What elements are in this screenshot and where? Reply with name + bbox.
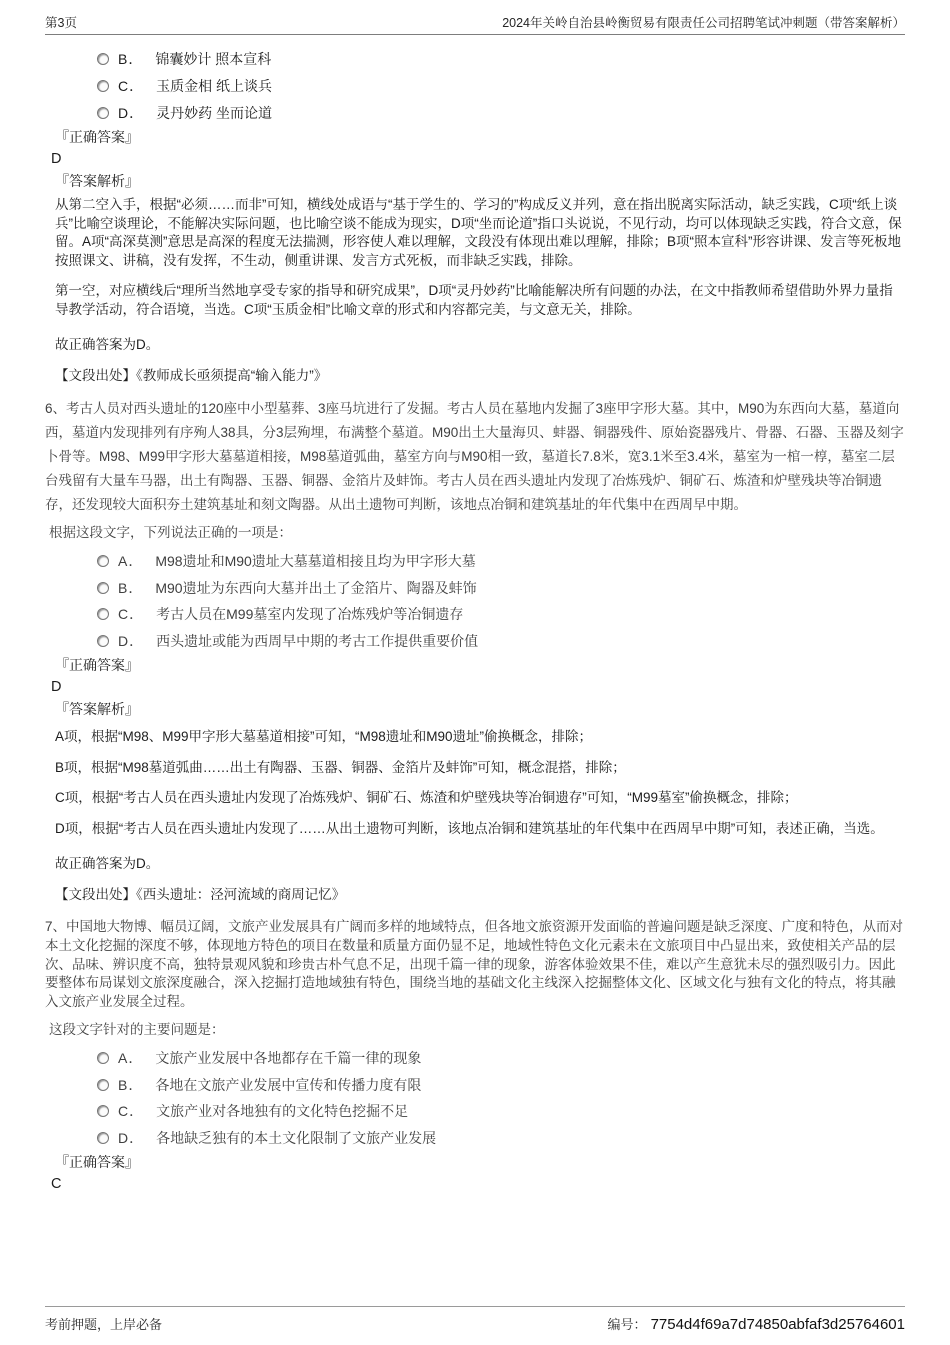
radio-button-icon[interactable] [97, 80, 109, 92]
correct-answer-heading: 『正确答案』 [55, 654, 905, 676]
radio-button-icon[interactable] [97, 53, 109, 65]
answer-value: C [51, 1173, 905, 1195]
radio-button-icon[interactable] [97, 555, 109, 567]
option-label: 各地缺乏独有的本土文化限制了文旅产业发展 [156, 1128, 436, 1148]
question-stem: 7、中国地大物博、幅员辽阔，文旅产业发展具有广阔而多样的地域特点，但各地文旅资源… [45, 918, 905, 1012]
question-6: 6、考古人员对西头遗址的120座中小型墓葬、3座马坑进行了发掘。考古人员在墓地内… [45, 397, 905, 904]
analysis-paragraph: 从第二空入手，根据“必须……而非”可知，横线处成语与“基于学生的、学习的”构成反… [55, 196, 905, 270]
option-letter: B． [118, 1075, 143, 1095]
option-row: B． 锦囊妙计 照本宣科 [97, 45, 905, 72]
option-letter: D． [118, 631, 144, 651]
option-row: D． 各地缺乏独有的本土文化限制了文旅产业发展 [97, 1124, 905, 1151]
option-label: 各地在文旅产业发展中宣传和传播力度有限 [155, 1075, 421, 1095]
radio-button-icon[interactable] [97, 1132, 109, 1144]
analysis-paragraph: D项，根据“考古人员在西头遗址内发现了……从出土遗物可判断，该地点冶铜和建筑基址… [55, 820, 905, 839]
option-row: C． 文旅产业对各地独有的文化特色挖掘不足 [97, 1098, 905, 1125]
radio-button-icon[interactable] [97, 1052, 109, 1064]
correct-answer-heading: 『正确答案』 [55, 1151, 905, 1173]
option-label: 文旅产业发展中各地都存在千篇一律的现象 [155, 1048, 421, 1068]
option-label: 西头遗址或能为西周早中期的考古工作提供重要价值 [156, 631, 478, 651]
option-letter: C． [118, 1101, 144, 1121]
option-row: D． 灵丹妙药 坐而论道 [97, 99, 905, 126]
answer-value: D [51, 676, 905, 698]
option-label: 灵丹妙药 坐而论道 [156, 103, 272, 123]
document-page: 第3页 2024年关岭自治县岭衡贸易有限责任公司招聘笔试冲刺题（带答案解析） B… [0, 0, 950, 1195]
source-note: 【文段出处】《教师成长亟须提高“输入能力”》 [55, 366, 905, 385]
option-letter: A． [118, 1048, 143, 1068]
page-number: 第3页 [45, 13, 77, 31]
radio-button-icon[interactable] [97, 608, 109, 620]
conclusion-text: 故正确答案为D。 [55, 854, 905, 873]
option-letter: C． [118, 76, 144, 96]
question5-options: B． 锦囊妙计 照本宣科 C． 玉质金相 纸上谈兵 D． 灵丹妙药 坐而论道 [97, 45, 905, 126]
answer-value: D [51, 148, 905, 170]
option-letter: A． [118, 551, 143, 571]
option-letter: D． [118, 103, 144, 123]
option-row: A． M98遗址和M90遗址大墓墓道相接且均为甲字形大墓 [97, 548, 905, 575]
analysis-heading: 『答案解析』 [55, 698, 905, 720]
footer-slogan: 考前押题，上岸必备 [45, 1314, 162, 1333]
option-label: 锦囊妙计 照本宣科 [155, 49, 271, 69]
radio-button-icon[interactable] [97, 635, 109, 647]
option-label: 考古人员在M99墓室内发现了冶炼残炉等冶铜遗存 [156, 604, 463, 624]
option-letter: B． [118, 49, 143, 69]
analysis-paragraph: B项，根据“M98墓道弧曲……出土有陶器、玉器、铜器、金箔片及蚌饰”可知，概念混… [55, 759, 905, 778]
source-note: 【文段出处】《西头遗址：泾河流域的商周记忆》 [55, 885, 905, 904]
footer-number: 编号： 7754d4f69a7d74850abfaf3d25764601 [608, 1314, 905, 1333]
page-footer: 考前押题，上岸必备 编号： 7754d4f69a7d74850abfaf3d25… [45, 1306, 905, 1333]
analysis-paragraph: C项，根据“考古人员在西头遗址内发现了冶炼残炉、铜矿石、炼渣和炉壁残块等冶铜遗存… [55, 789, 905, 808]
option-label: 文旅产业对各地独有的文化特色挖掘不足 [156, 1101, 408, 1121]
question7-options: A． 文旅产业发展中各地都存在千篇一律的现象 B． 各地在文旅产业发展中宣传和传… [97, 1045, 905, 1151]
option-row: B． M90遗址为东西向大墓并出土了金箔片、陶器及蚌饰 [97, 575, 905, 602]
question-prompt: 这段文字针对的主要问题是： [49, 1020, 905, 1039]
question-prompt: 根据这段文字，下列说法正确的一项是： [49, 523, 905, 542]
question6-options: A． M98遗址和M90遗址大墓墓道相接且均为甲字形大墓 B． M90遗址为东西… [97, 548, 905, 654]
analysis-paragraph: A项，根据“M98、M99甲字形大墓墓道相接”可知，“M98遗址和M90遗址”偷… [55, 728, 905, 747]
option-row: C． 考古人员在M99墓室内发现了冶炼残炉等冶铜遗存 [97, 601, 905, 628]
radio-button-icon[interactable] [97, 582, 109, 594]
option-row: C． 玉质金相 纸上谈兵 [97, 72, 905, 99]
question-7: 7、中国地大物博、幅员辽阔，文旅产业发展具有广阔而多样的地域特点，但各地文旅资源… [45, 918, 905, 1195]
doc-title: 2024年关岭自治县岭衡贸易有限责任公司招聘笔试冲刺题（带答案解析） [502, 13, 905, 31]
option-label: M98遗址和M90遗址大墓墓道相接且均为甲字形大墓 [155, 551, 475, 571]
radio-button-icon[interactable] [97, 1105, 109, 1117]
correct-answer-heading: 『正确答案』 [55, 126, 905, 148]
option-label: M90遗址为东西向大墓并出土了金箔片、陶器及蚌饰 [155, 578, 476, 598]
footer-number-label: 编号： [608, 1314, 647, 1333]
conclusion-text: 故正确答案为D。 [55, 335, 905, 354]
radio-button-icon[interactable] [97, 1079, 109, 1091]
option-row: B． 各地在文旅产业发展中宣传和传播力度有限 [97, 1071, 905, 1098]
footer-number-value: 7754d4f69a7d74850abfaf3d25764601 [651, 1316, 905, 1333]
radio-button-icon[interactable] [97, 107, 109, 119]
page-header: 第3页 2024年关岭自治县岭衡贸易有限责任公司招聘笔试冲刺题（带答案解析） [45, 0, 905, 35]
option-row: A． 文旅产业发展中各地都存在千篇一律的现象 [97, 1045, 905, 1072]
analysis-heading: 『答案解析』 [55, 170, 905, 192]
option-letter: D． [118, 1128, 144, 1148]
option-letter: B． [118, 578, 143, 598]
question-stem: 6、考古人员对西头遗址的120座中小型墓葬、3座马坑进行了发掘。考古人员在墓地内… [45, 397, 905, 517]
analysis-paragraph: 第一空，对应横线后“理所当然地享受专家的指导和研究成果”，D项“灵丹妙药”比喻能… [55, 282, 905, 319]
option-row: D． 西头遗址或能为西周早中期的考古工作提供重要价值 [97, 628, 905, 655]
option-letter: C． [118, 604, 144, 624]
option-label: 玉质金相 纸上谈兵 [156, 76, 272, 96]
